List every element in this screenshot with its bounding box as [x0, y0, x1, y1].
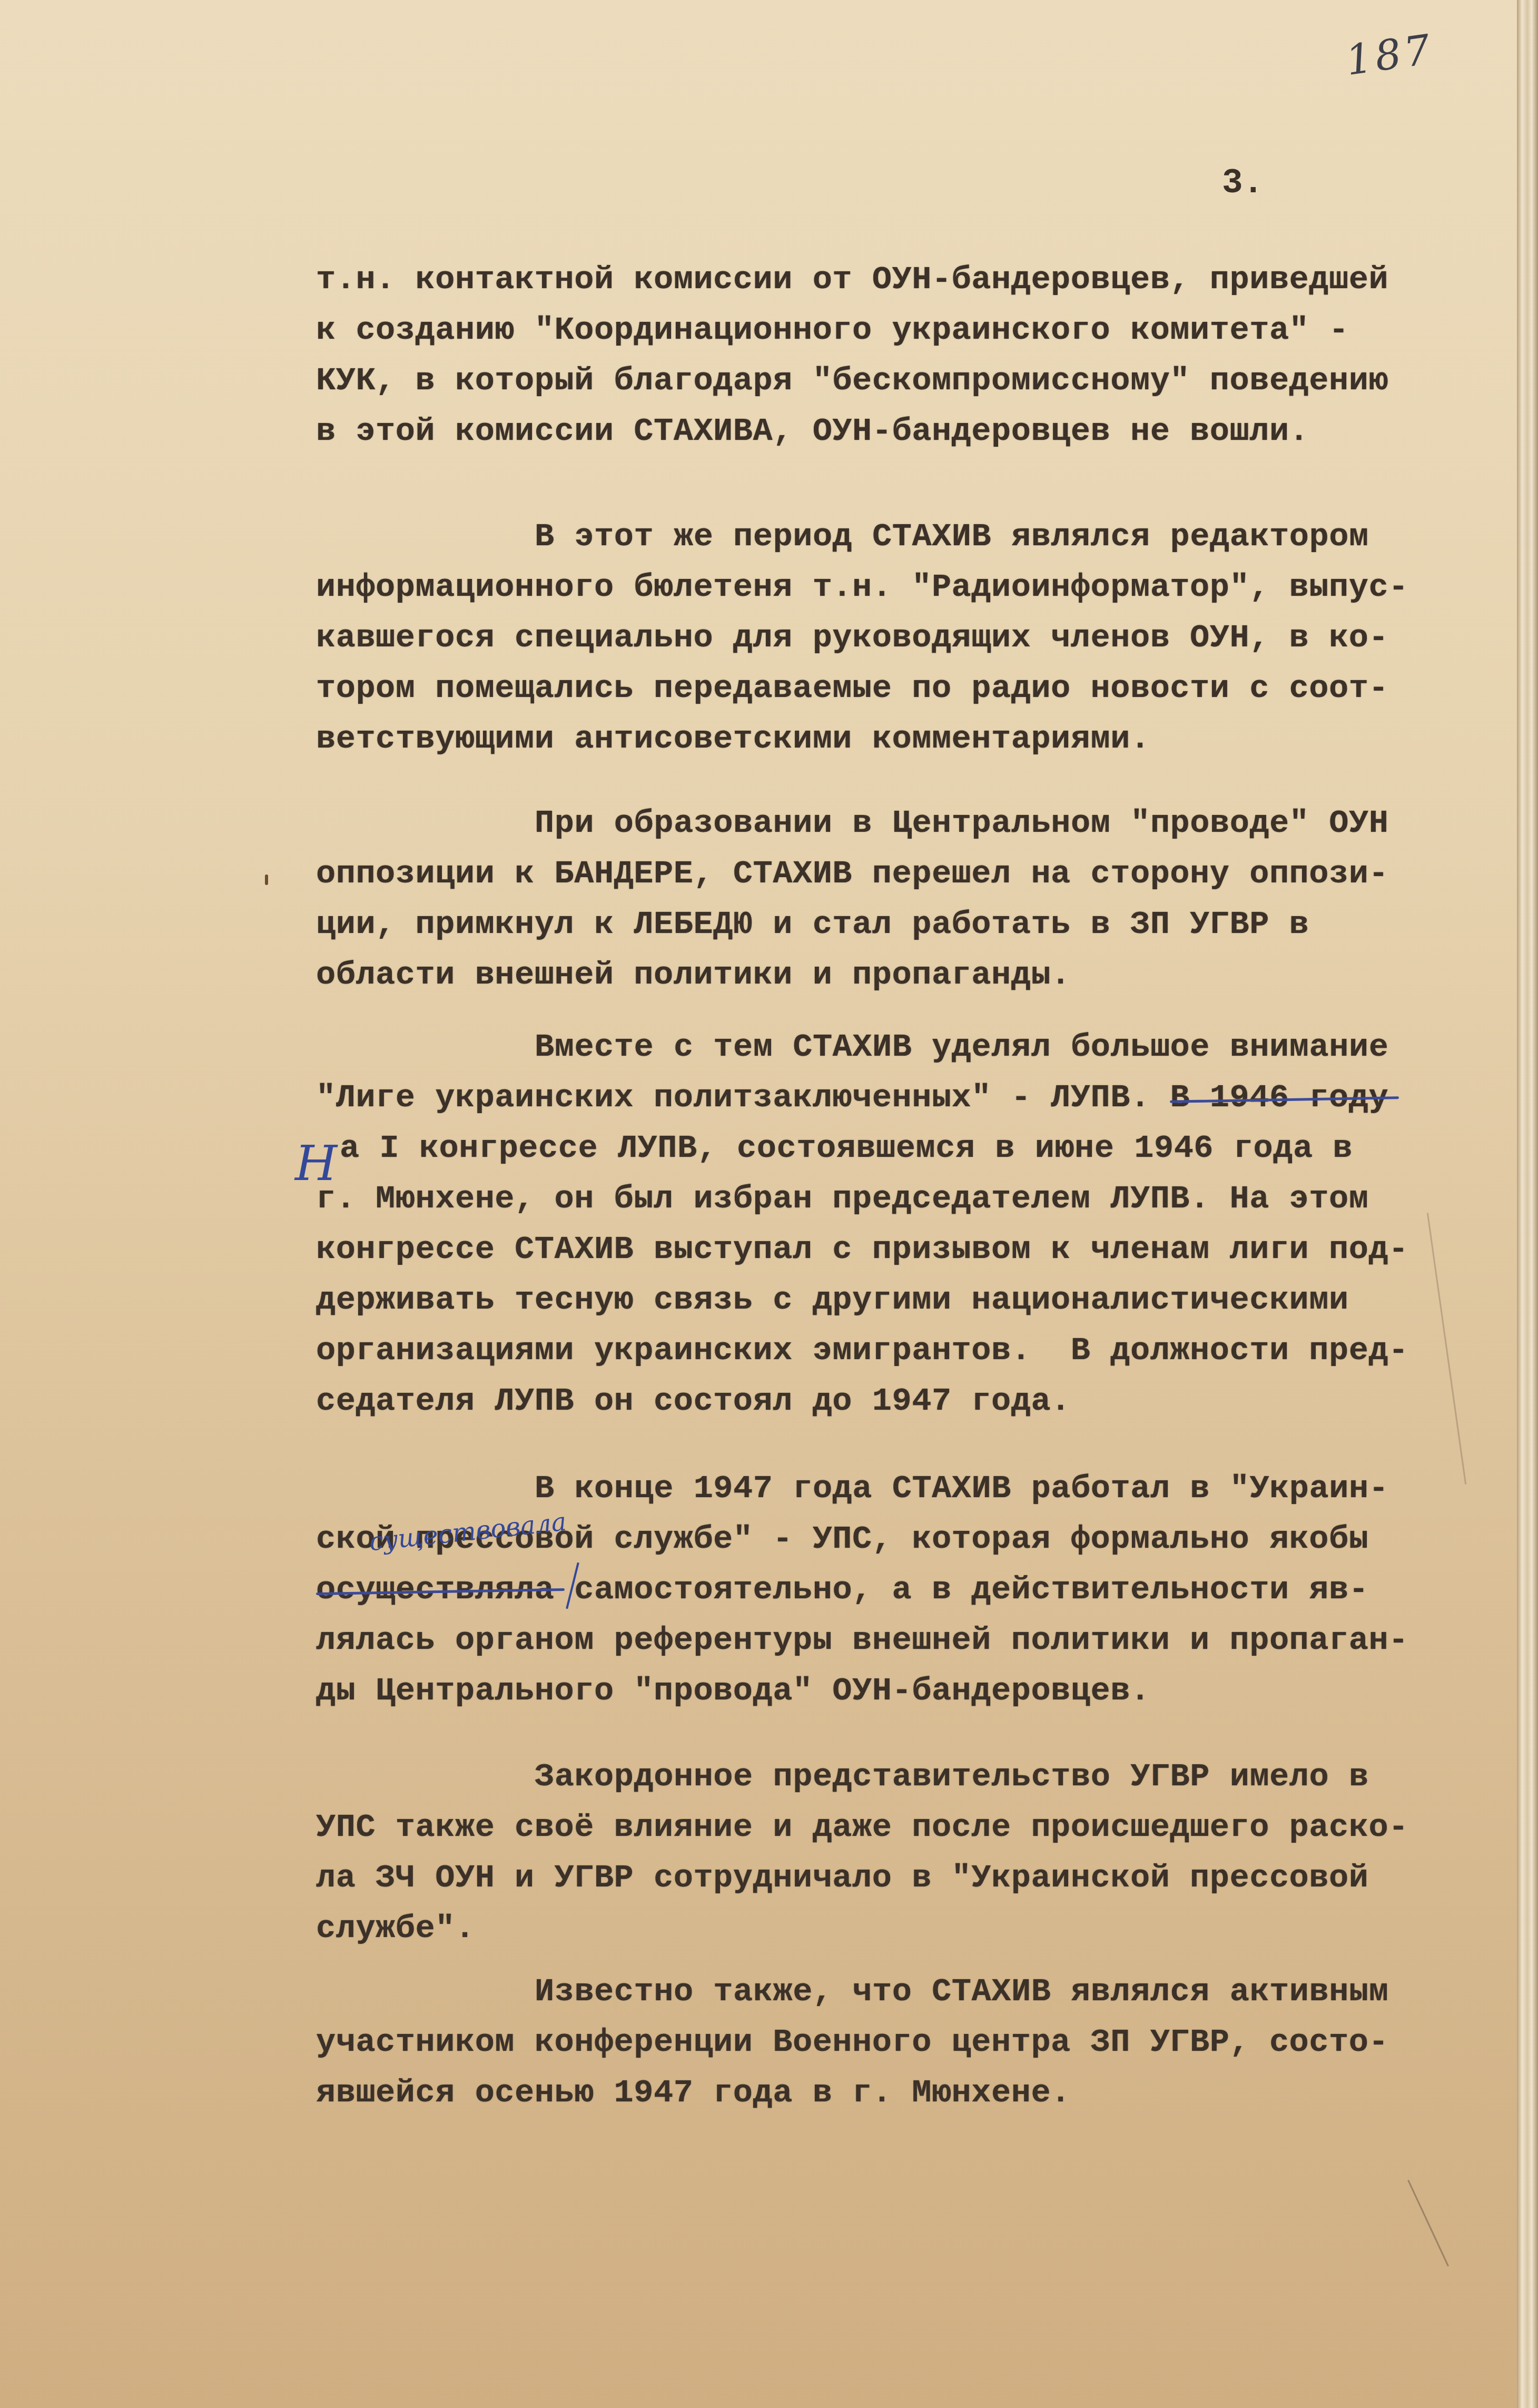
paper-crease [1427, 1213, 1466, 1484]
text-line: седателя ЛУПВ он состоял до 1947 года. [316, 1385, 1071, 1418]
text-line: осуществляла самостоятельно, а в действи… [316, 1574, 1368, 1606]
text-line: УПС также своё влияние и даже после прои… [316, 1811, 1408, 1844]
text-line: Вместе с тем СТАХИВ уделял большое внима… [535, 1031, 1388, 1064]
folio-number: 187 [1343, 26, 1437, 85]
text-line-part: "Лиге украинских политзаключенных" - ЛУП… [316, 1079, 1150, 1116]
text-line: Известно также, что СТАХИВ являлся актив… [535, 1975, 1388, 2008]
page-edge-binding [1517, 0, 1538, 2408]
paper-speck [265, 874, 268, 885]
text-line: т.н. контактной комиссии от ОУН-бандеров… [316, 263, 1388, 296]
text-line: При образовании в Центральном "проводе" … [535, 807, 1388, 840]
text-line: лялась органом референтуры внешней полит… [316, 1624, 1408, 1657]
text-line: области внешней политики и пропаганды. [316, 959, 1071, 991]
text-line: а I конгрессе ЛУПВ, состоявшемся в июне … [340, 1132, 1353, 1165]
text-line: В этот же период СТАХИВ являлся редактор… [535, 520, 1369, 553]
text-line: ции, примкнул к ЛЕБЕДЮ и стал работать в… [316, 908, 1309, 941]
text-line: конгрессе СТАХИВ выступал с призывом к ч… [316, 1233, 1408, 1266]
text-line: ветствующими антисоветскими комментариям… [316, 723, 1150, 755]
document-page: 187 3. т.н. контактной комиссии от ОУН-б… [0, 0, 1517, 2408]
text-line: держивать тесную связь с другими национа… [316, 1284, 1349, 1316]
text-line: информационного бюлетеня т.н. "Радиоинфо… [316, 571, 1408, 604]
text-line: кавшегося специально для руководящих чле… [316, 622, 1388, 654]
text-line: г. Мюнхене, он был избран председателем … [316, 1183, 1368, 1215]
text-line: "Лиге украинских политзаключенных" - ЛУП… [316, 1082, 1388, 1114]
text-line: оппозиции к БАНДЕРЕ, СТАХИВ перешел на с… [316, 858, 1388, 890]
text-line: В конце 1947 года СТАХИВ работал в "Укра… [535, 1472, 1388, 1505]
paper-scratch [1407, 2180, 1449, 2266]
text-line: тором помещались передаваемые по радио н… [316, 672, 1388, 705]
struck-text: осуществляла [316, 1571, 554, 1608]
text-line: Закордонное представительство УГВР имело… [535, 1761, 1369, 1793]
text-line-part: самостоятельно, а в действительности яв- [574, 1571, 1368, 1608]
text-line: участником конференции Военного центра З… [316, 2026, 1388, 2059]
text-line: службе". [316, 1912, 475, 1945]
struck-text: В 1946 году [1170, 1079, 1388, 1116]
text-line: ды Центрального "провода" ОУН-бандеровце… [316, 1675, 1150, 1707]
page-number: 3. [1222, 163, 1264, 203]
text-line: организациями украинских эмигрантов. В д… [316, 1334, 1408, 1367]
text-line: в этой комиссии СТАХИВА, ОУН-бандеровцев… [316, 415, 1309, 448]
text-line: КУК, в который благодаря "бескомпромиссн… [316, 365, 1388, 397]
text-line: к созданию "Координационного украинского… [316, 314, 1349, 347]
text-line: ла ЗЧ ОУН и УГВР сотрудничало в "Украинс… [316, 1862, 1368, 1894]
text-line: явшейся осенью 1947 года в г. Мюнхене. [316, 2077, 1071, 2109]
